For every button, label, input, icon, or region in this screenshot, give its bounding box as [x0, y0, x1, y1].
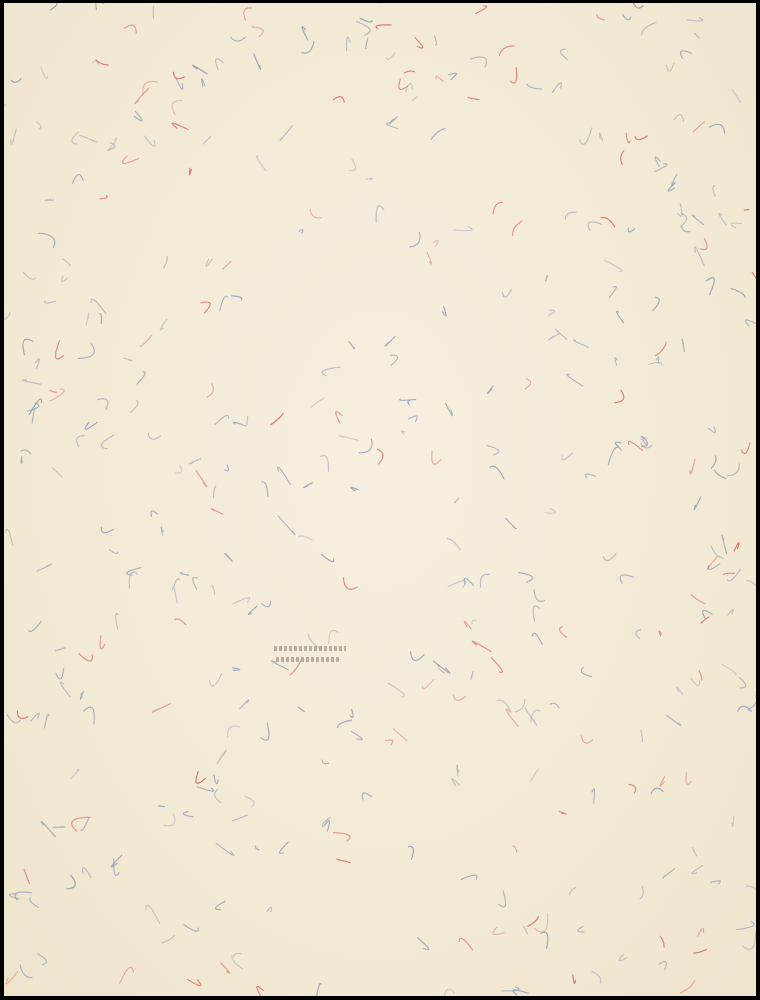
faint-stamp [274, 646, 346, 668]
paper-fibers [4, 3, 756, 996]
paper-page [4, 3, 756, 996]
